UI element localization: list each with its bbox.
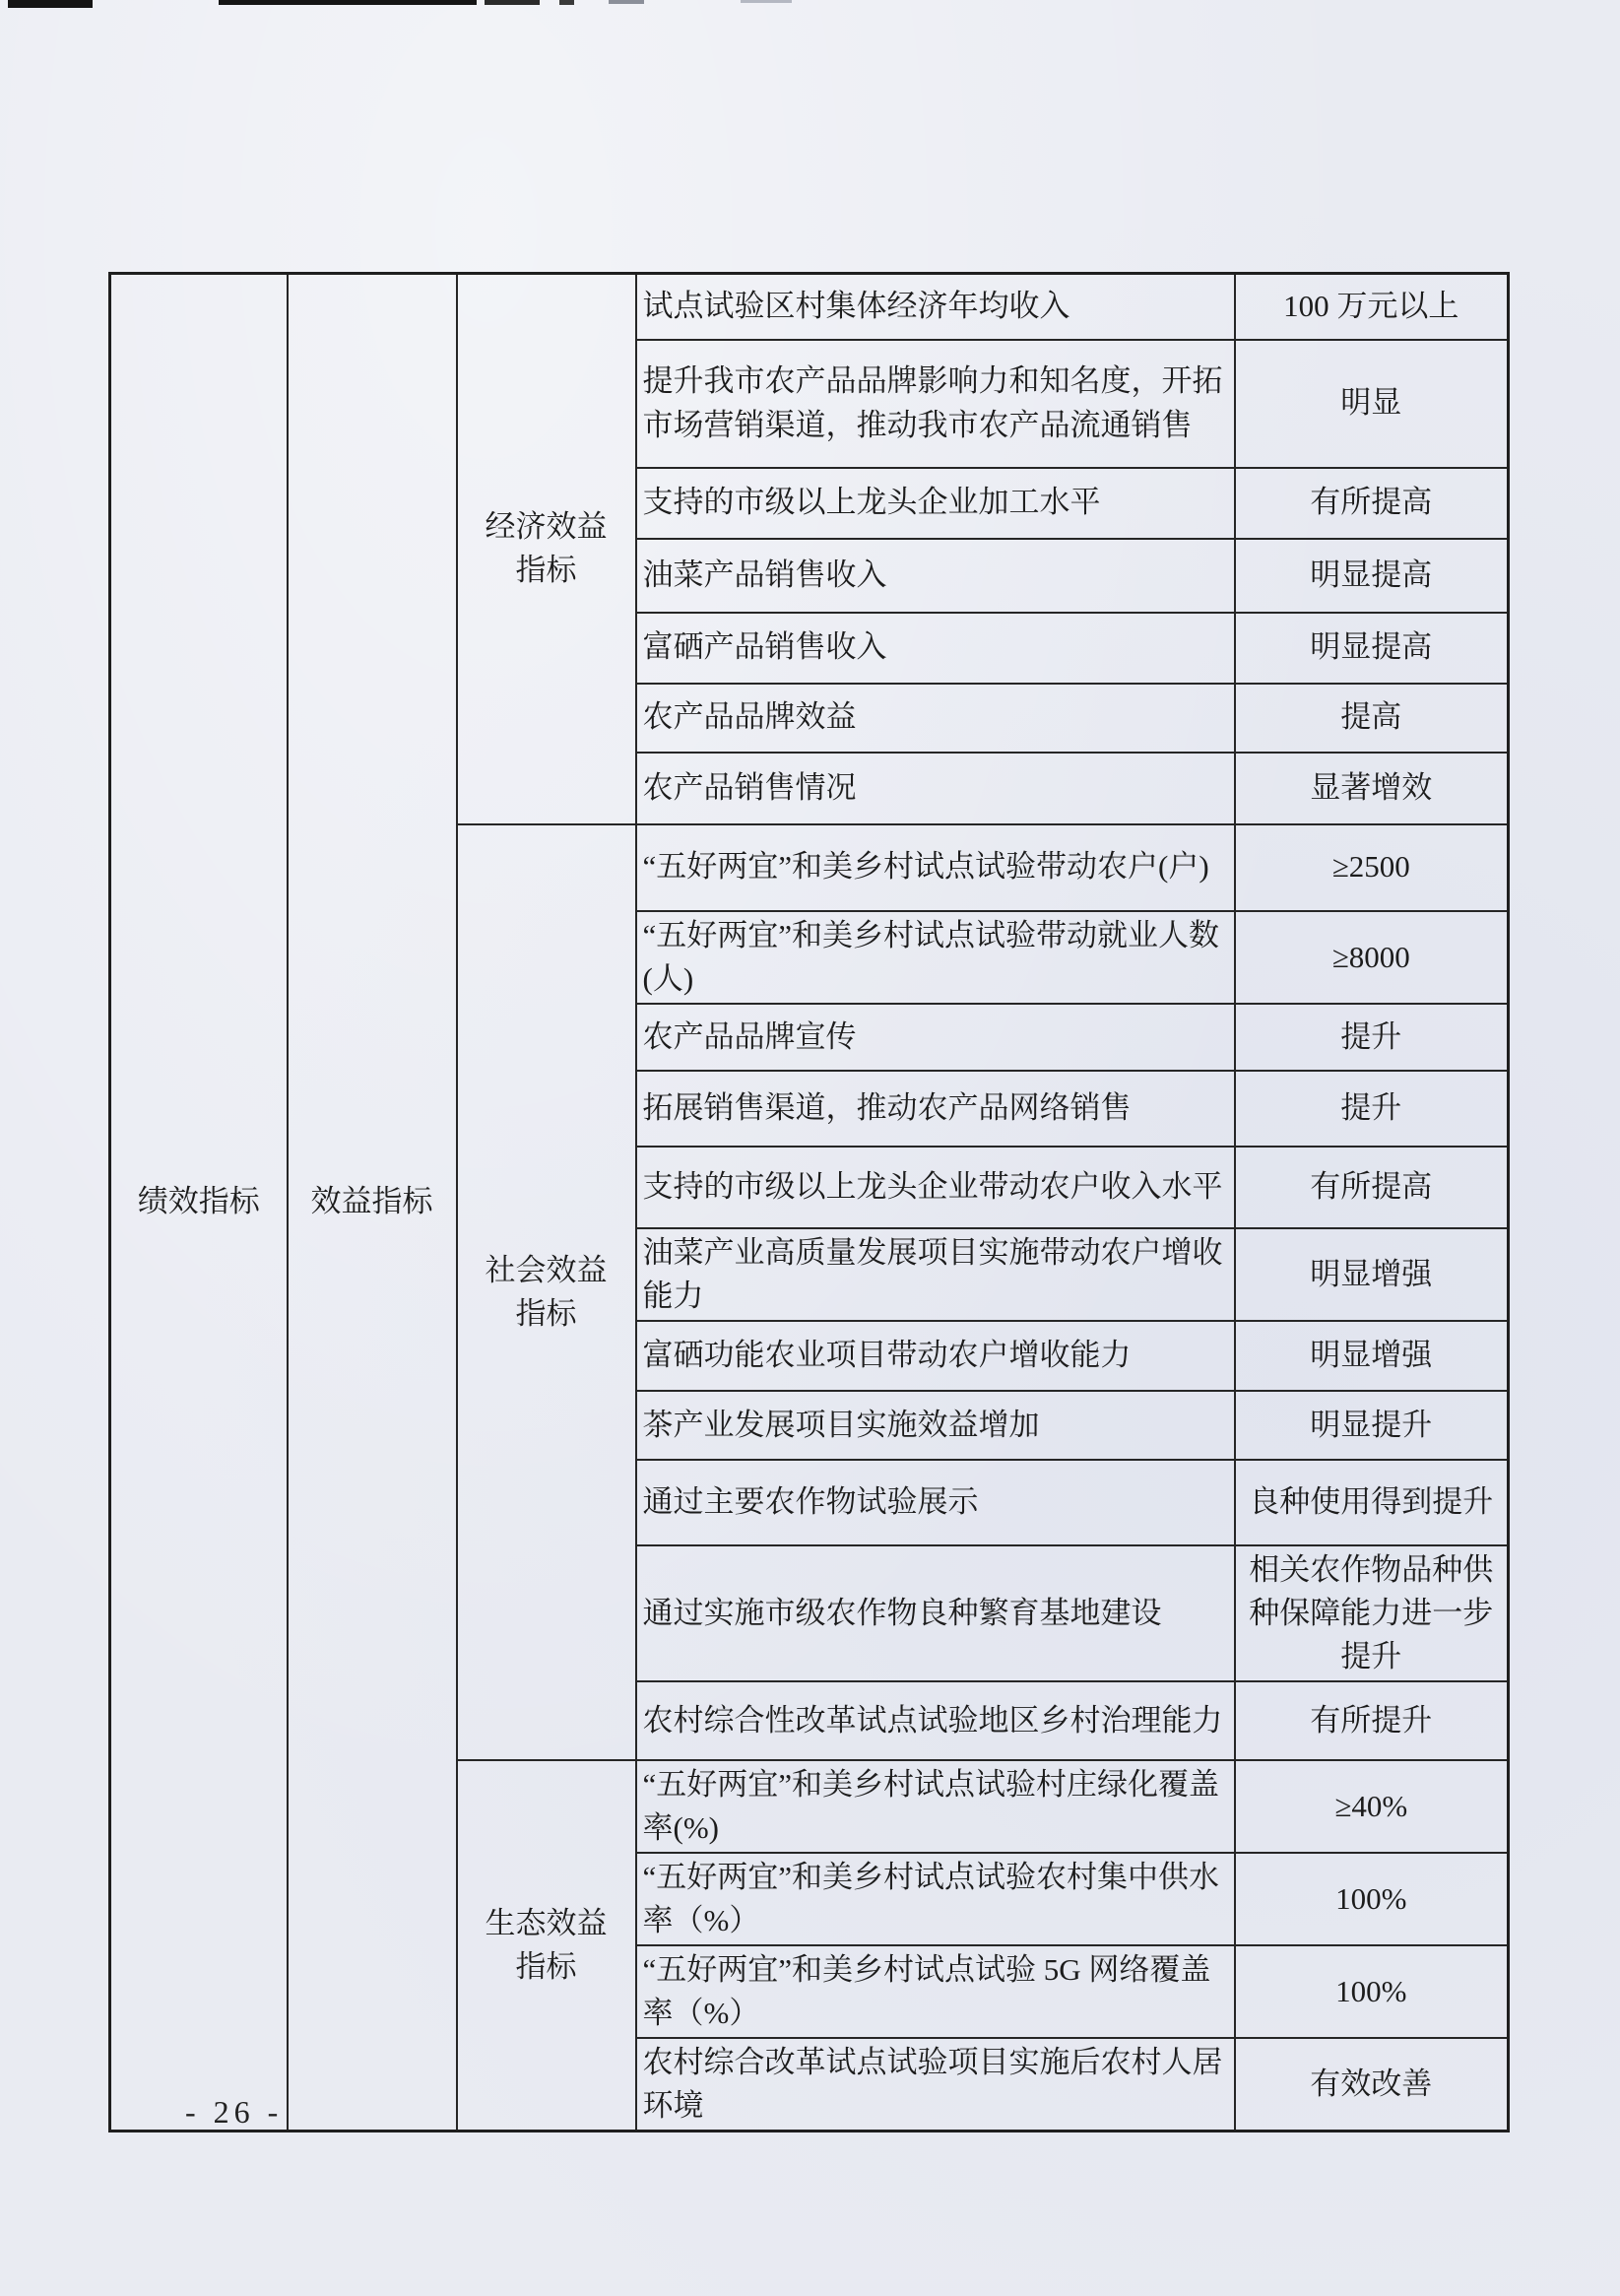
group-social-benefit: 社会效益指标 [457, 824, 636, 1760]
indicator-cell: 通过实施市级农作物良种繁育基地建设 [636, 1545, 1235, 1681]
group-economic-benefit: 经济效益指标 [457, 274, 636, 824]
group-label: 经济效益指标 [480, 505, 613, 592]
col2-benefit-indicator-header: 效益指标 [288, 274, 457, 2132]
indicator-cell: 茶产业发展项目实施效益增加 [636, 1391, 1235, 1460]
value-cell: 明显提高 [1235, 539, 1509, 613]
value-cell: ≥8000 [1235, 911, 1509, 1004]
group-label: 社会效益指标 [480, 1249, 613, 1336]
value-cell: 明显提高 [1235, 613, 1509, 684]
value-cell: 提升 [1235, 1071, 1509, 1147]
indicator-cell: 农村综合改革试点试验项目实施后农村人居环境 [636, 2038, 1235, 2132]
group-ecological-benefit: 生态效益指标 [457, 1760, 636, 2132]
value-cell: 有所提高 [1235, 468, 1509, 539]
indicator-cell: “五好两宜”和美乡村试点试验带动就业人数(人) [636, 911, 1235, 1004]
indicator-cell: “五好两宜”和美乡村试点试验村庄绿化覆盖率(%) [636, 1760, 1235, 1853]
value-cell: ≥2500 [1235, 824, 1509, 911]
indicator-cell: “五好两宜”和美乡村试点试验农村集中供水率（%） [636, 1853, 1235, 1945]
indicator-cell: 支持的市级以上龙头企业带动农户收入水平 [636, 1147, 1235, 1228]
value-cell: ≥40% [1235, 1760, 1509, 1853]
performance-indicators-table: 绩效指标 效益指标 经济效益指标 试点试验区村集体经济年均收入 100 万元以上… [108, 272, 1510, 2132]
value-cell: 有效改善 [1235, 2038, 1509, 2132]
indicator-cell: 通过主要农作物试验展示 [636, 1460, 1235, 1545]
indicator-cell: 农村综合性改革试点试验地区乡村治理能力 [636, 1681, 1235, 1760]
value-cell: 有所提升 [1235, 1681, 1509, 1760]
value-cell: 明显增强 [1235, 1228, 1509, 1321]
value-cell: 100% [1235, 1945, 1509, 2038]
value-cell: 相关农作物品种供种保障能力进一步提升 [1235, 1545, 1509, 1681]
scan-artifact-bar [485, 0, 540, 5]
value-cell: 100% [1235, 1853, 1509, 1945]
indicator-cell: 富硒产品销售收入 [636, 613, 1235, 684]
group-label: 生态效益指标 [480, 1902, 613, 1989]
value-cell: 提升 [1235, 1004, 1509, 1071]
indicator-cell: 试点试验区村集体经济年均收入 [636, 274, 1235, 340]
indicator-cell: “五好两宜”和美乡村试点试验 5G 网络覆盖率（%） [636, 1945, 1235, 2038]
scan-artifact-bar [219, 0, 477, 5]
scan-artifact-bar [8, 0, 93, 8]
value-cell: 显著增效 [1235, 753, 1509, 824]
indicator-cell: 油菜产品销售收入 [636, 539, 1235, 613]
indicator-cell: “五好两宜”和美乡村试点试验带动农户(户) [636, 824, 1235, 911]
indicator-cell: 农产品销售情况 [636, 753, 1235, 824]
table-row: 绩效指标 效益指标 经济效益指标 试点试验区村集体经济年均收入 100 万元以上 [110, 274, 1509, 340]
page-number: - 26 - [185, 2094, 283, 2131]
value-cell: 良种使用得到提升 [1235, 1460, 1509, 1545]
value-cell: 有所提高 [1235, 1147, 1509, 1228]
indicator-cell: 农产品品牌宣传 [636, 1004, 1235, 1071]
indicator-cell: 农产品品牌效益 [636, 684, 1235, 753]
indicator-cell: 支持的市级以上龙头企业加工水平 [636, 468, 1235, 539]
indicator-cell: 拓展销售渠道，推动农产品网络销售 [636, 1071, 1235, 1147]
value-cell: 明显增强 [1235, 1321, 1509, 1391]
value-cell: 100 万元以上 [1235, 274, 1509, 340]
indicator-cell: 提升我市农产品品牌影响力和知名度，开拓市场营销渠道，推动我市农产品流通销售 [636, 340, 1235, 468]
indicator-cell: 富硒功能农业项目带动农户增收能力 [636, 1321, 1235, 1391]
value-cell: 提高 [1235, 684, 1509, 753]
value-cell: 明显提升 [1235, 1391, 1509, 1460]
scan-artifact-bar [559, 0, 574, 5]
scan-artifact-bar [741, 0, 792, 3]
indicator-cell: 油菜产业高质量发展项目实施带动农户增收能力 [636, 1228, 1235, 1321]
scan-artifact-bar [609, 0, 644, 4]
col1-performance-indicator-header: 绩效指标 [110, 274, 288, 2132]
value-cell: 明显 [1235, 340, 1509, 468]
